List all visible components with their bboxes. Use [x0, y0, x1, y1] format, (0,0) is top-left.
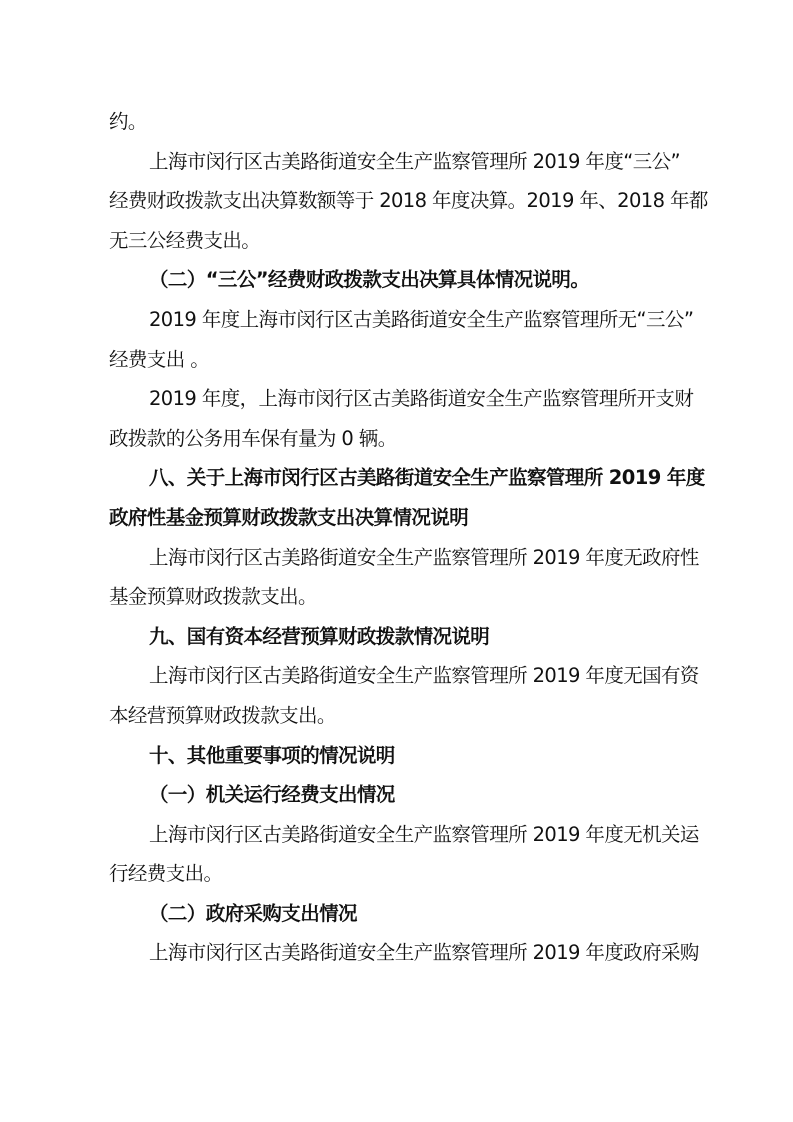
paragraph-gov-fund: 上海市闵行区古美路街道安全生产监察管理所 2019 年度无政府性 [109, 538, 721, 578]
paragraph-sangong-comparison-cont: 经费财政拨款支出决算数额等于 2018 年度决算。2019 年、2018 年都 [109, 181, 721, 221]
paragraph-sangong-comparison-end: 无三公经费支出。 [109, 221, 721, 261]
paragraph-state-capital: 上海市闵行区古美路街道安全生产监察管理所 2019 年度无国有资 [109, 656, 721, 696]
subheading-operating-expenses: （一）机关运行经费支出情况 [109, 775, 721, 815]
subheading-procurement: （二）政府采购支出情况 [109, 894, 721, 934]
paragraph-sangong-comparison: 上海市闵行区古美路街道安全生产监察管理所 2019 年度“三公” [109, 142, 721, 182]
paragraph-continuation: 约。 [109, 102, 721, 142]
heading-section-9: 九、国有资本经营预算财政拨款情况说明 [109, 617, 721, 657]
paragraph-no-sangong: 2019 年度上海市闵行区古美路街道安全生产监察管理所无“三公” [109, 300, 721, 340]
paragraph-operating-expenses-cont: 行经费支出。 [109, 854, 721, 894]
heading-section-8-cont: 政府性基金预算财政拨款支出决算情况说明 [109, 498, 721, 538]
paragraph-procurement: 上海市闵行区古美路街道安全生产监察管理所 2019 年度政府采购 [109, 933, 721, 973]
paragraph-operating-expenses: 上海市闵行区古美路街道安全生产监察管理所 2019 年度无机关运 [109, 815, 721, 855]
paragraph-gov-fund-cont: 基金预算财政拨款支出。 [109, 577, 721, 617]
paragraph-state-capital-cont: 本经营预算财政拨款支出。 [109, 696, 721, 736]
document-page: 约。 上海市闵行区古美路街道安全生产监察管理所 2019 年度“三公” 经费财政… [109, 102, 721, 973]
subheading-sangong-details: （二）“三公”经费财政拨款支出决算具体情况说明。 [109, 260, 721, 300]
paragraph-vehicles: 2019 年度，上海市闵行区古美路街道安全生产监察管理所开支财 [109, 379, 721, 419]
heading-section-8: 八、关于上海市闵行区古美路街道安全生产监察管理所 2019 年度 [109, 458, 721, 498]
paragraph-no-sangong-cont: 经费支出 。 [109, 340, 721, 380]
heading-section-10: 十、其他重要事项的情况说明 [109, 736, 721, 776]
paragraph-vehicles-cont: 政拨款的公务用车保有量为 0 辆。 [109, 419, 721, 459]
